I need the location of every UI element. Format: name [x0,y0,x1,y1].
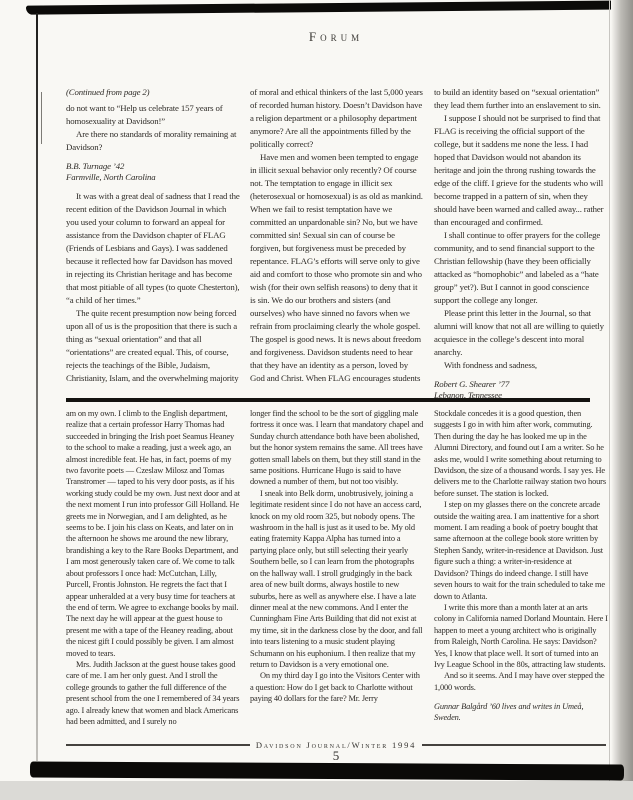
essay-paragraph: am on my own. I climb to the English dep… [66,408,240,659]
essay-paragraph: And so it seems. And I may have over ste… [434,670,608,693]
essay-paragraph: I write this more than a month later at … [434,602,608,670]
section-divider-rule [66,398,590,402]
letters-column-3: to build an identity based on “sexual or… [434,86,608,400]
signature-name: Robert G. Shearer ’77 [434,379,608,390]
letters-column-1: (Continued from page 2) do not want to “… [66,86,240,400]
essay-paragraph: I step on my glasses there on the concre… [434,499,608,602]
letter-paragraph: Are there no standards of morality remai… [66,128,240,154]
letters-section: (Continued from page 2) do not want to “… [66,86,608,400]
letter-paragraph: Please print this letter in the Journal,… [434,307,608,359]
forum-section-title: Forum [66,29,606,45]
essay-paragraph: I sneak into Belk dorm, unobtrusively, j… [250,488,424,671]
letter-paragraph: to build an identity based on “sexual or… [434,86,608,112]
letter-paragraph: I suppose I should not be surprised to f… [434,112,608,229]
letter-signature: B.B. Turnage ’42 Farmville, North Caroli… [66,161,240,183]
signature-name: B.B. Turnage ’42 [66,161,240,172]
letter-signature: Robert G. Shearer ’77 Lebanon, Tennessee [434,379,608,400]
essay-paragraph: On my third day I go into the Visitors C… [250,670,424,704]
letters-column-2: of moral and ethical thinkers of the las… [250,86,424,400]
footer-rule-left [66,744,250,745]
essay-paragraph: Mrs. Judith Jackson at the guest house t… [66,659,240,727]
scan-right-edge-shadow [611,0,633,800]
letter-paragraph: The quite recent presumption now being f… [66,307,240,385]
scan-bottom-bar [30,761,624,780]
letter-paragraph: of moral and ethical thinkers of the las… [250,86,424,151]
essay-column-2: longer find the school to be the sort of… [250,408,424,740]
essay-author-byline: Gunnar Balgård ’60 lives and writes in U… [434,701,608,723]
signature-place: Farmville, North Carolina [66,172,240,183]
scan-right-edge-line [609,0,610,800]
footer-rule-right [422,744,606,745]
letter-paragraph: It was with a great deal of sadness that… [66,190,240,307]
essay-section: am on my own. I climb to the English dep… [66,408,608,740]
essay-paragraph: longer find the school to be the sort of… [250,408,424,488]
essay-paragraph: Stockdale concedes it is a good question… [434,408,608,499]
letter-paragraph: With fondness and sadness, [434,359,608,372]
letter-paragraph: I shall continue to offer prayers for th… [434,229,608,307]
scan-left-edge-line [36,13,38,761]
essay-column-1: am on my own. I climb to the English dep… [66,408,240,740]
letter-paragraph: Have men and women been tempted to engag… [250,151,424,385]
scan-bottom-edge [0,781,633,800]
scanned-page: Forum (Continued from page 2) do not wan… [0,0,633,800]
continued-from-note: (Continued from page 2) [66,86,240,99]
scan-top-bar [26,0,633,14]
essay-column-3: Stockdale concedes it is a good question… [434,408,608,740]
letter-paragraph: do not want to “Help us celebrate 157 ye… [66,102,240,128]
scan-left-edge-line-2 [41,92,42,144]
